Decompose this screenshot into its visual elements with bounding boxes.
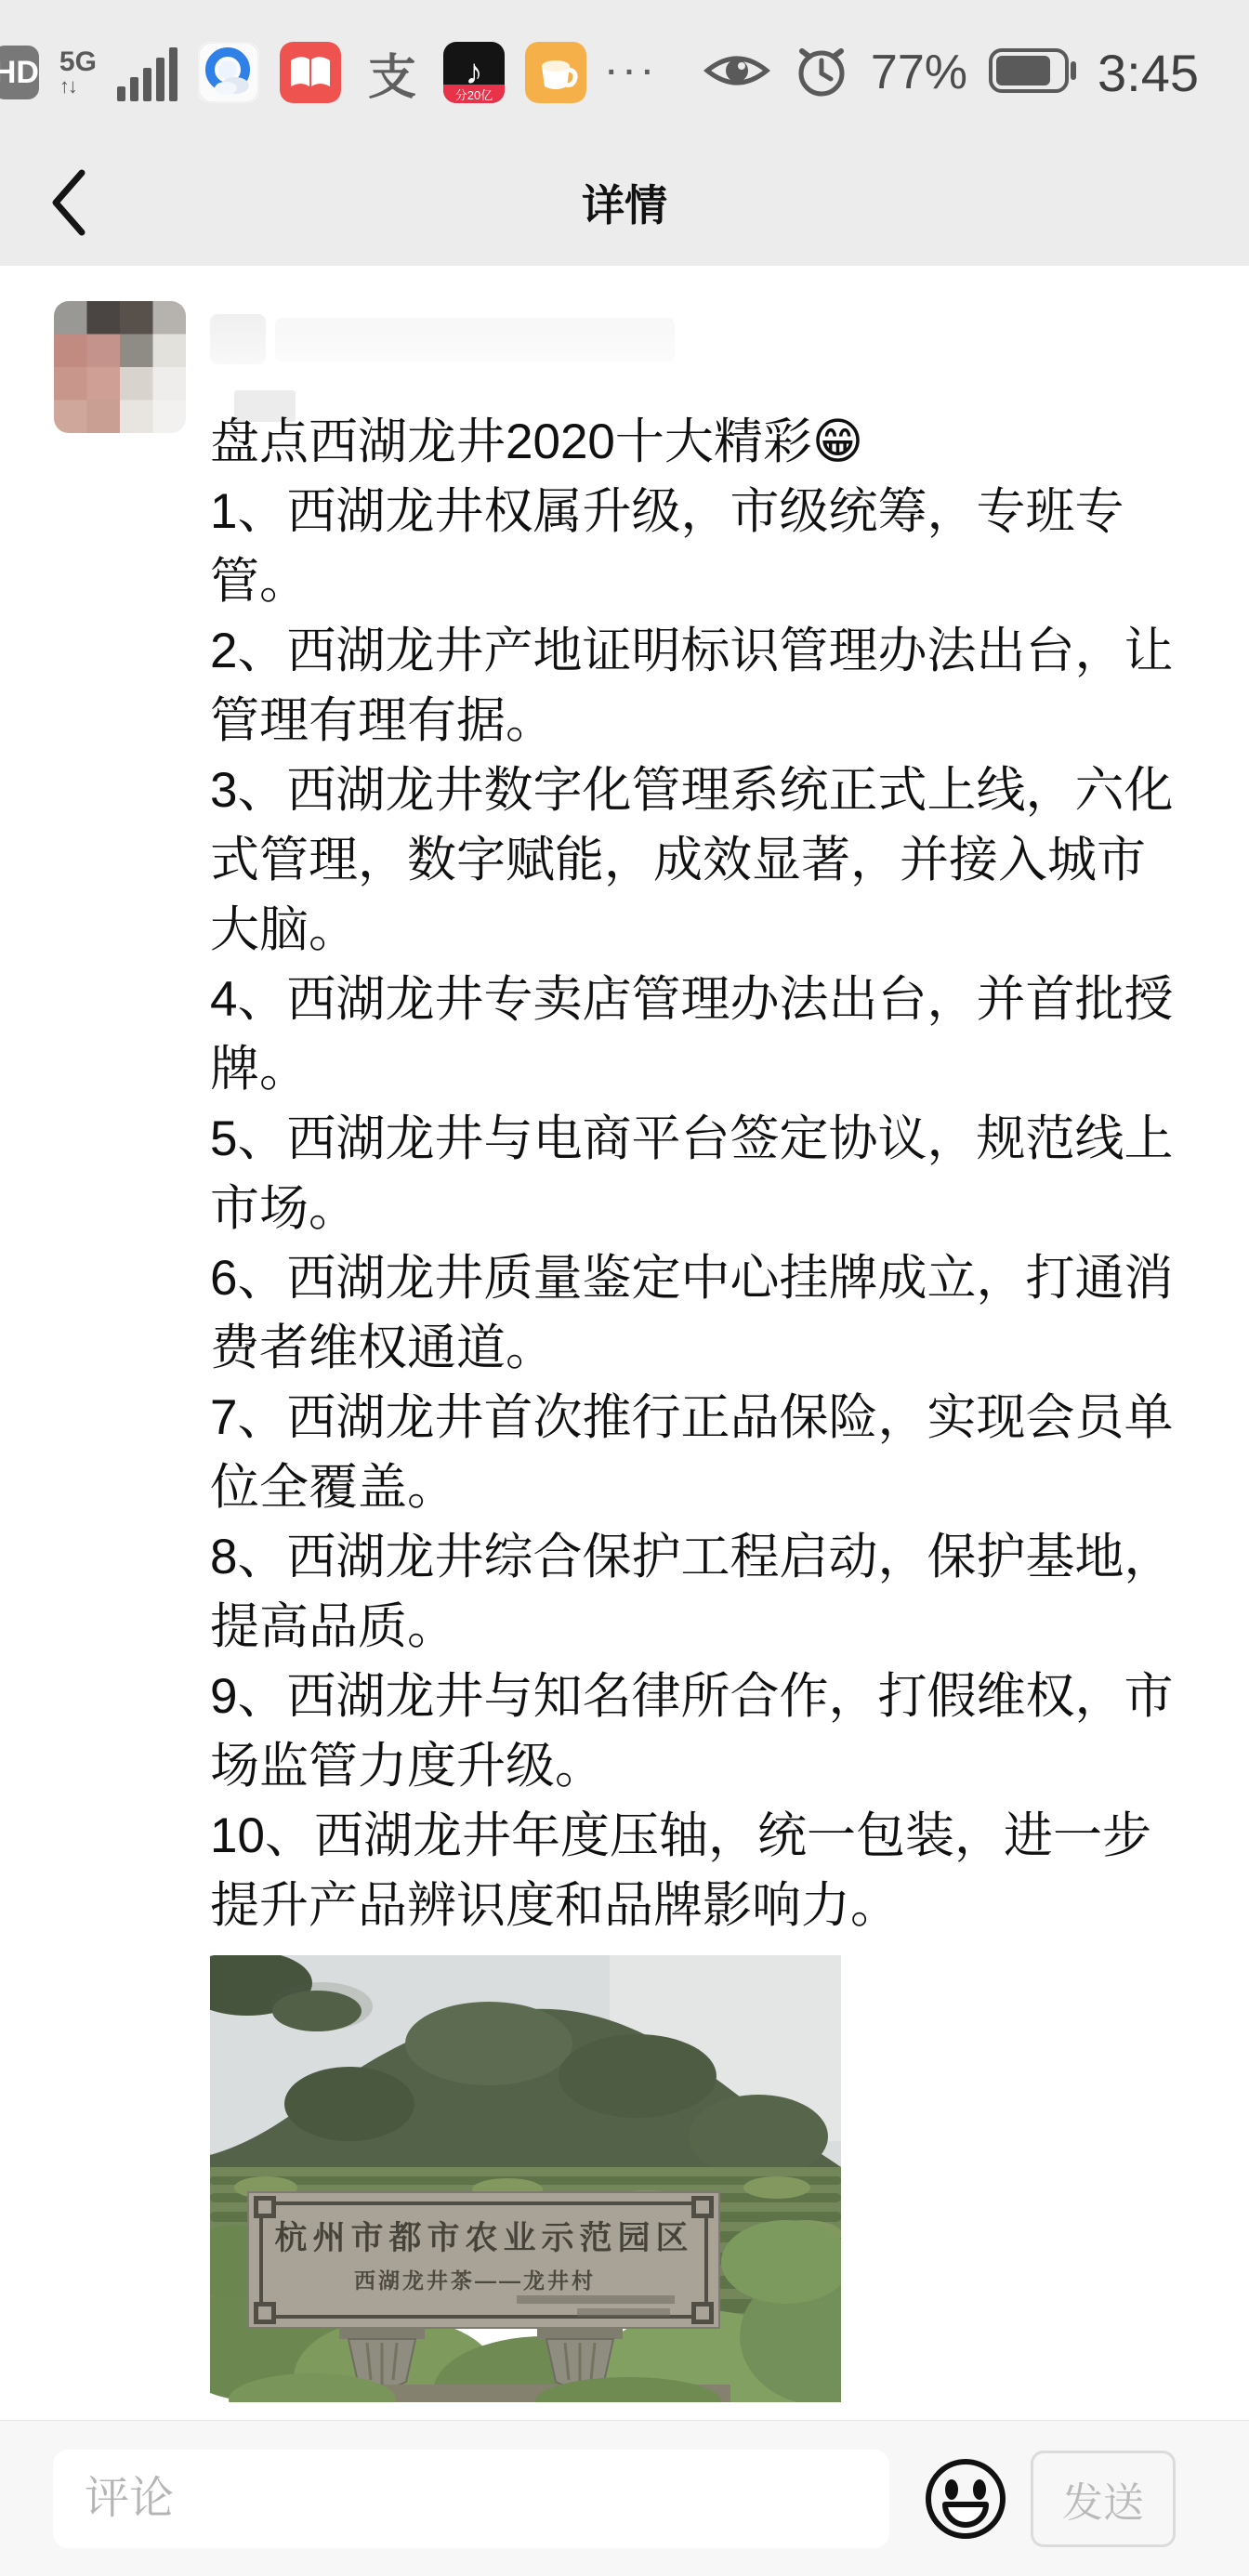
- nav-bar: 详情: [0, 139, 1249, 266]
- post-body: 盘点西湖龙井2020十大精彩😁 1、西湖龙井权属升级，市级统筹，专班专管。2、西…: [210, 407, 1177, 1940]
- alipay-icon: 支: [362, 42, 423, 103]
- post-headline: 盘点西湖龙井2020十大精彩😁: [210, 407, 1177, 477]
- post-item: 4、西湖龙井专卖店管理办法出台，并首批授牌。: [210, 965, 1177, 1104]
- post-item: 8、西湖龙井综合保护工程启动，保护基地，提高品质。: [210, 1522, 1177, 1662]
- post-item: 10、西湖龙井年度压轴，统一包装，进一步提升产品辨识度和品牌影响力。: [210, 1801, 1177, 1940]
- network-5g-label: 5G: [59, 48, 97, 76]
- post-item: 5、西湖龙井与电商平台签定协议，规范线上市场。: [210, 1104, 1177, 1243]
- post-item: 9、西湖龙井与知名律所合作，打假维权，市场监管力度升级。: [210, 1662, 1177, 1801]
- status-bar: HD 5G ↑↓: [0, 17, 1249, 128]
- eye-protection-icon: [702, 45, 772, 101]
- comment-input[interactable]: [53, 2450, 889, 2548]
- header: HD 5G ↑↓: [0, 0, 1249, 266]
- battery-percent: 77%: [871, 45, 967, 100]
- smiley-icon: [923, 2456, 1008, 2542]
- page-title: 详情: [0, 139, 1249, 266]
- sign-title: 杭州市都市农业示范园区: [274, 2220, 693, 2256]
- post-items: 1、西湖龙井权属升级，市级统筹，专班专管。2、西湖龙井产地证明标识管理办法出台，…: [210, 477, 1177, 1940]
- emoji-button[interactable]: [921, 2454, 1010, 2543]
- network-type: 5G ↑↓: [59, 48, 97, 97]
- updown-arrows-icon: ↑↓: [59, 76, 76, 97]
- status-time: 3:45: [1098, 43, 1199, 103]
- send-button[interactable]: 发送: [1031, 2451, 1176, 2547]
- post-detail: 盘点西湖龙井2020十大精彩😁 1、西湖龙井权属升级，市级统筹，专班专管。2、西…: [0, 266, 1249, 2420]
- more-notifications-icon: ···: [607, 55, 661, 91]
- post-item: 1、西湖龙井权属升级，市级统筹，专班专管。: [210, 477, 1177, 616]
- post-item: 2、西湖龙井产地证明标识管理办法出台，让管理有理有据。: [210, 616, 1177, 756]
- tea-field-photo[interactable]: 杭州市都市农业示范园区 西湖龙井茶——龙井村: [210, 1955, 841, 2402]
- signal-group: 5G ↑↓: [59, 44, 177, 101]
- avatar[interactable]: [54, 301, 186, 433]
- comment-bar: 发送: [0, 2420, 1249, 2576]
- post-item: 3、西湖龙井数字化管理系统正式上线，六化式管理，数字赋能，成效显著，并接入城市大…: [210, 756, 1177, 965]
- stone-sign: 杭州市都市农业示范园区 西湖龙井茶——龙井村: [248, 2192, 719, 2328]
- signal-bars-icon: [117, 44, 177, 101]
- cup-app-icon: [525, 42, 586, 103]
- reading-app-icon: [280, 42, 341, 103]
- screen: HD 5G ↑↓: [0, 0, 1249, 2576]
- hd-icon: HD: [0, 46, 39, 99]
- douyin-icon: ♪ 分20亿: [443, 42, 505, 103]
- douyin-banner: 分20亿: [443, 85, 505, 103]
- post-item: 6、西湖龙井质量鉴定中心挂牌成立，打通消费者维权通道。: [210, 1243, 1177, 1383]
- username-redacted: [210, 309, 693, 375]
- post-item: 7、西湖龙井首次推行正品保险，实现会员单位全覆盖。: [210, 1383, 1177, 1522]
- sign-subtitle: 西湖龙井茶——龙井村: [354, 2268, 596, 2293]
- qq-browser-icon: [198, 42, 259, 103]
- alarm-icon: [793, 42, 850, 104]
- battery-icon: [988, 46, 1077, 99]
